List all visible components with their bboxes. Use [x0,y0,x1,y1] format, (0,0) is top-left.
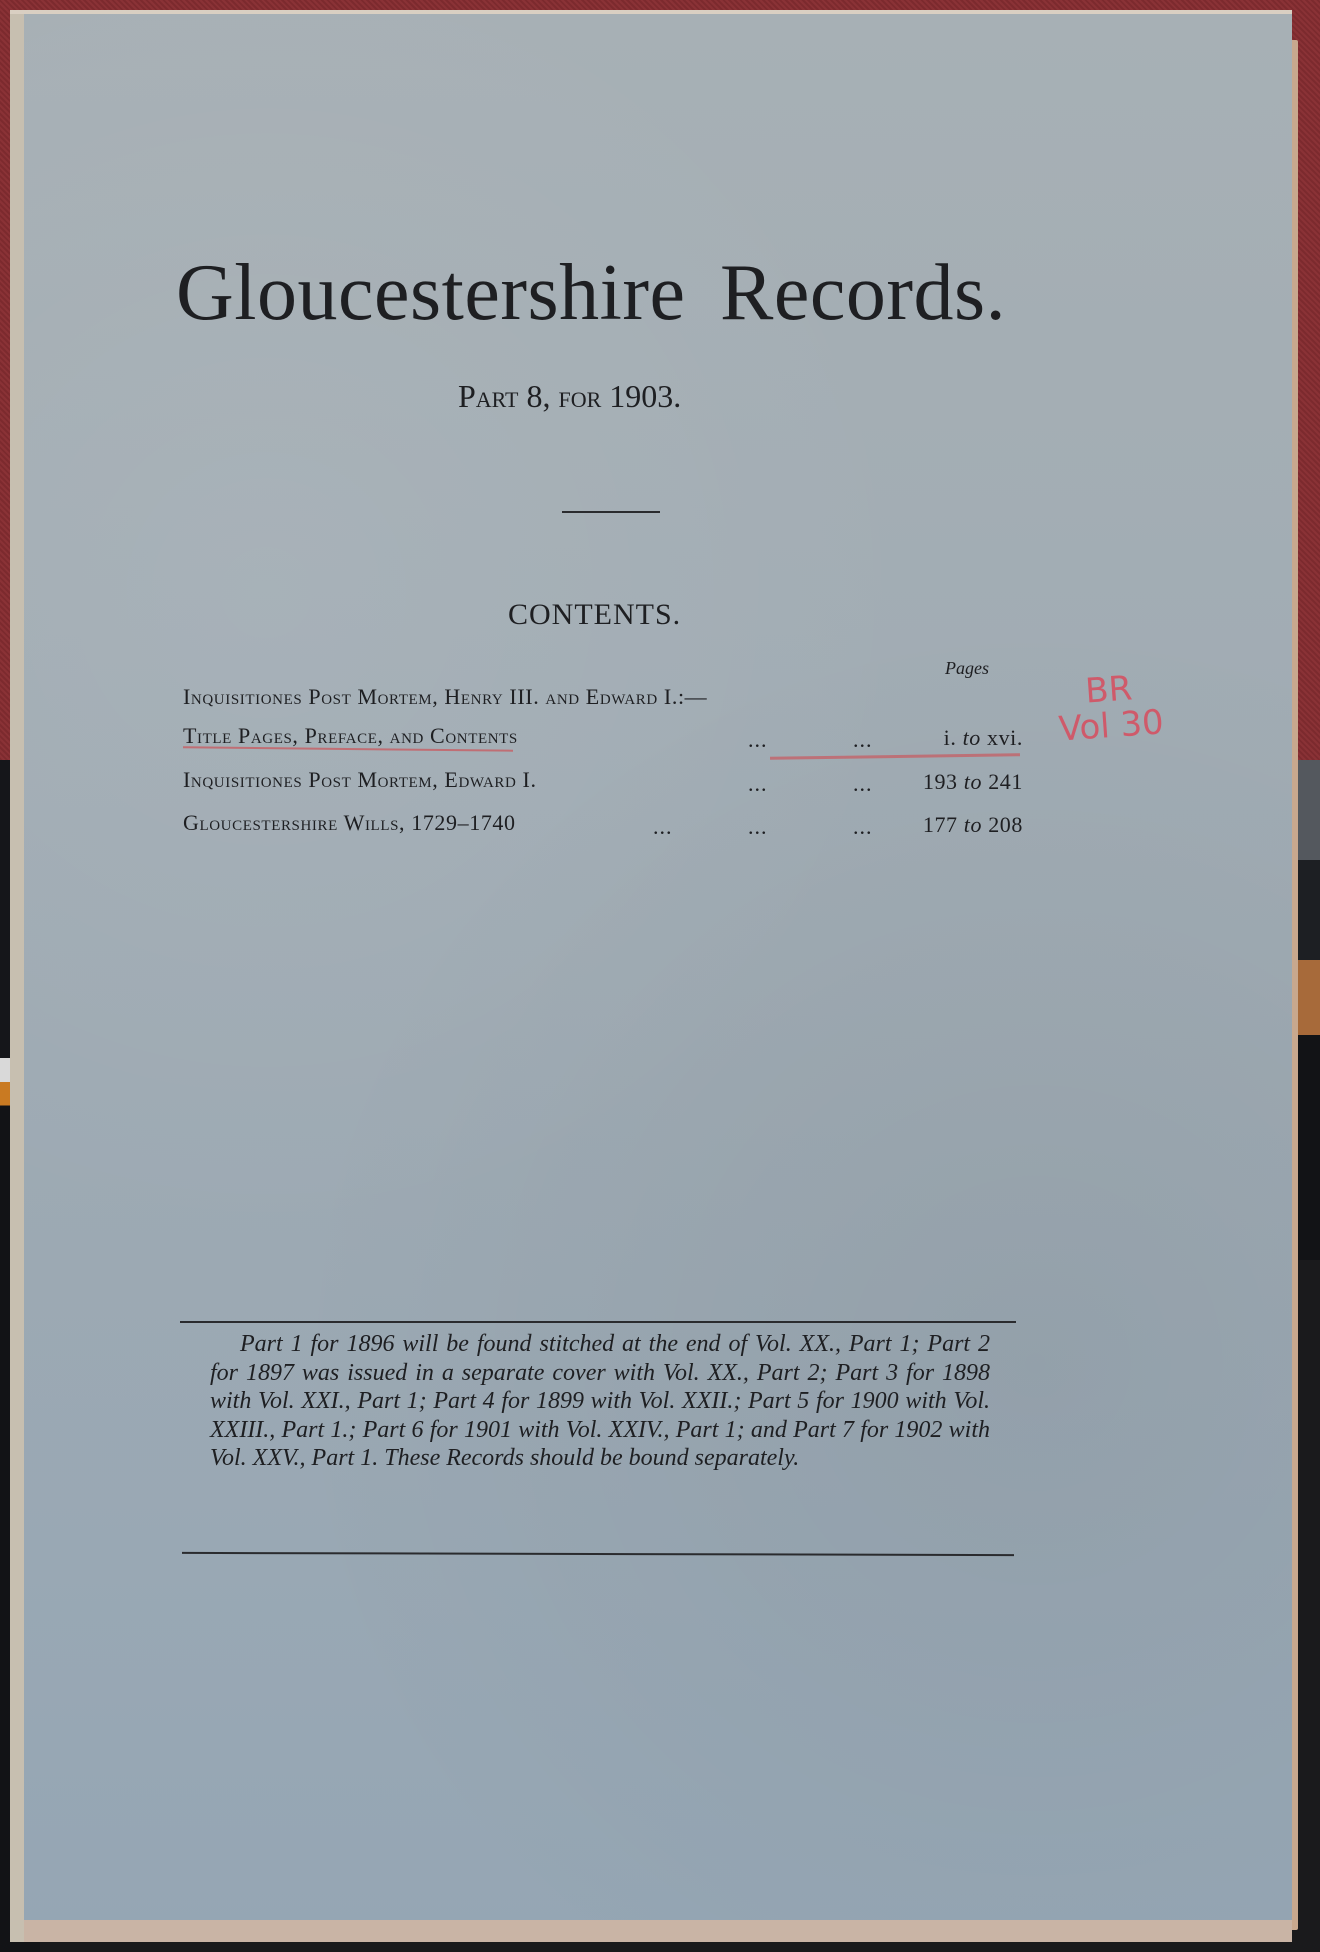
leader-dots: ... [853,771,873,797]
pages-column-label: Pages [945,658,989,679]
leader-dots: ... [748,771,768,797]
leader-dots: ... [748,814,768,840]
toc-entry: Inquisitiones Post Mortem, Edward I. ...… [183,767,1023,799]
leader-dots: ... [853,727,873,753]
toc-entry-label: Gloucestershire Wills, 1729–1740 [183,810,516,835]
toc-entry: Inquisitiones Post Mortem, Henry III. an… [183,684,1023,716]
leader-dots: ... [853,814,873,840]
document-subtitle: Part 8, for 1903. [458,378,681,415]
toc-entry-label: Inquisitiones Post Mortem, Edward I. [183,767,537,792]
handwritten-annotation: BR Vol 30 [1043,668,1178,749]
toc-entry-label: Title Pages, Preface, and Contents [183,723,518,748]
binding-note: Part 1 for 1896 will be found stitched a… [210,1330,990,1473]
leader-dots: ... [653,814,673,840]
toc-entry: Title Pages, Preface, and Contents ... .… [183,723,1023,755]
toc-entry-label: Inquisitiones Post Mortem, Henry III. an… [183,684,707,709]
toc-entry-pages: 193 to 241 [873,769,1023,795]
cover-text: Gloucestershire Records. Part 8, for 190… [0,0,1320,1952]
toc-entry: Gloucestershire Wills, 1729–1740 ... ...… [183,810,1023,842]
contents-heading: CONTENTS. [508,598,681,632]
toc-entry-pages: i. to xvi. [873,725,1023,751]
document-title: Gloucestershire Records. [176,248,1036,339]
toc-entry-pages: 177 to 208 [873,812,1023,838]
leader-dots: ... [748,727,768,753]
divider-rule [562,511,660,513]
note-rule-bottom [182,1552,1014,1556]
note-rule-top [180,1321,1016,1323]
